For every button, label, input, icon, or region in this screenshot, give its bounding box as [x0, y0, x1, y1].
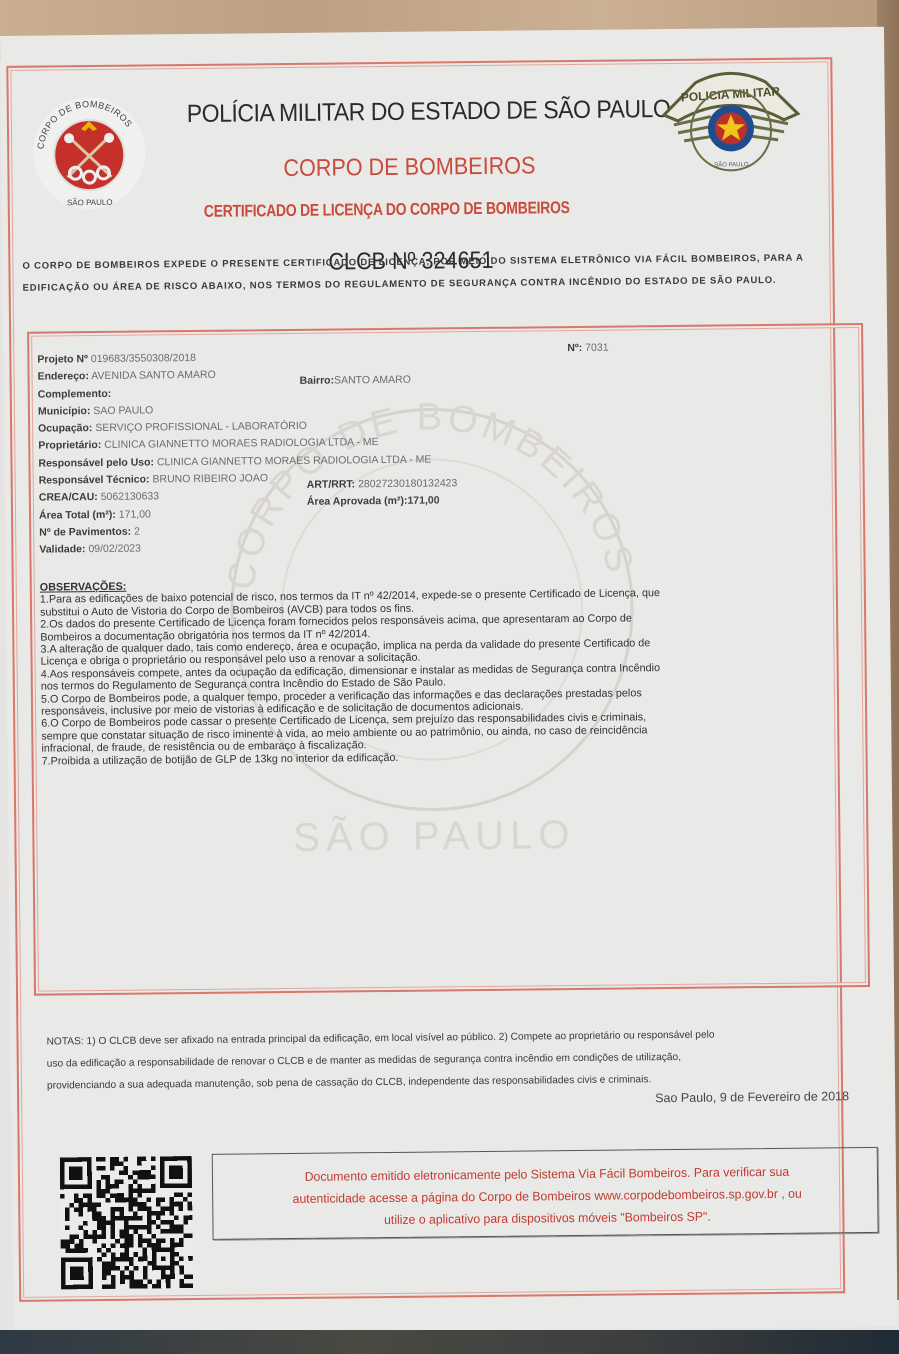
svg-text:SÃO PAULO: SÃO PAULO	[67, 198, 113, 207]
authenticity-text: Documento emitido eletronicamente pelo S…	[233, 1160, 861, 1233]
certificate-paper: CORPO DE BOMBEIROS SÃO PAULO POLÍCIA MIL…	[0, 27, 898, 1336]
details-frame: CORPO DE BOMBEIROS SÃO PAULO Projeto Nº …	[27, 323, 870, 996]
field-bairro: Bairro:SANTO AMARO	[300, 371, 411, 389]
watermark-bottom-text: SÃO PAULO	[293, 812, 576, 860]
notes-section: NOTAS: 1) O CLCB deve ser afixado na ent…	[46, 1023, 867, 1098]
title-policia-militar: POLÍCIA MILITAR DO ESTADO DE SÃO PAULO	[187, 95, 671, 129]
background-dark-strip	[0, 1330, 899, 1354]
bombeiros-emblem-icon: CORPO DE BOMBEIROS SÃO PAULO	[29, 92, 150, 213]
observacoes-section: OBSERVAÇÕES: 1.Para as edificações de ba…	[40, 573, 862, 768]
authenticity-box: Documento emitido eletronicamente pelo S…	[212, 1147, 879, 1240]
title-corpo-bombeiros: CORPO DE BOMBEIROS	[283, 152, 535, 183]
field-area-aprovada: Área Aprovada (m²):171,00	[307, 492, 440, 511]
qr-code-icon[interactable]	[60, 1156, 193, 1289]
title-certificado: CERTIFICADO DE LICENÇA DO CORPO DE BOMBE…	[204, 198, 570, 222]
intro-text: O CORPO DE BOMBEIROS EXPEDE O PRESENTE C…	[22, 247, 832, 299]
policia-militar-emblem-icon: POLICIA MILITAR SÃO PAULO	[655, 68, 806, 180]
place-date: Sao Paulo, 9 de Fevereiro de 2018	[655, 1089, 849, 1105]
field-numero: Nº: 7031	[567, 340, 608, 358]
svg-text:SÃO PAULO: SÃO PAULO	[714, 161, 749, 168]
certificate-fields: Projeto Nº 019683/3550308/2018 Nº: 7031 …	[37, 343, 839, 559]
